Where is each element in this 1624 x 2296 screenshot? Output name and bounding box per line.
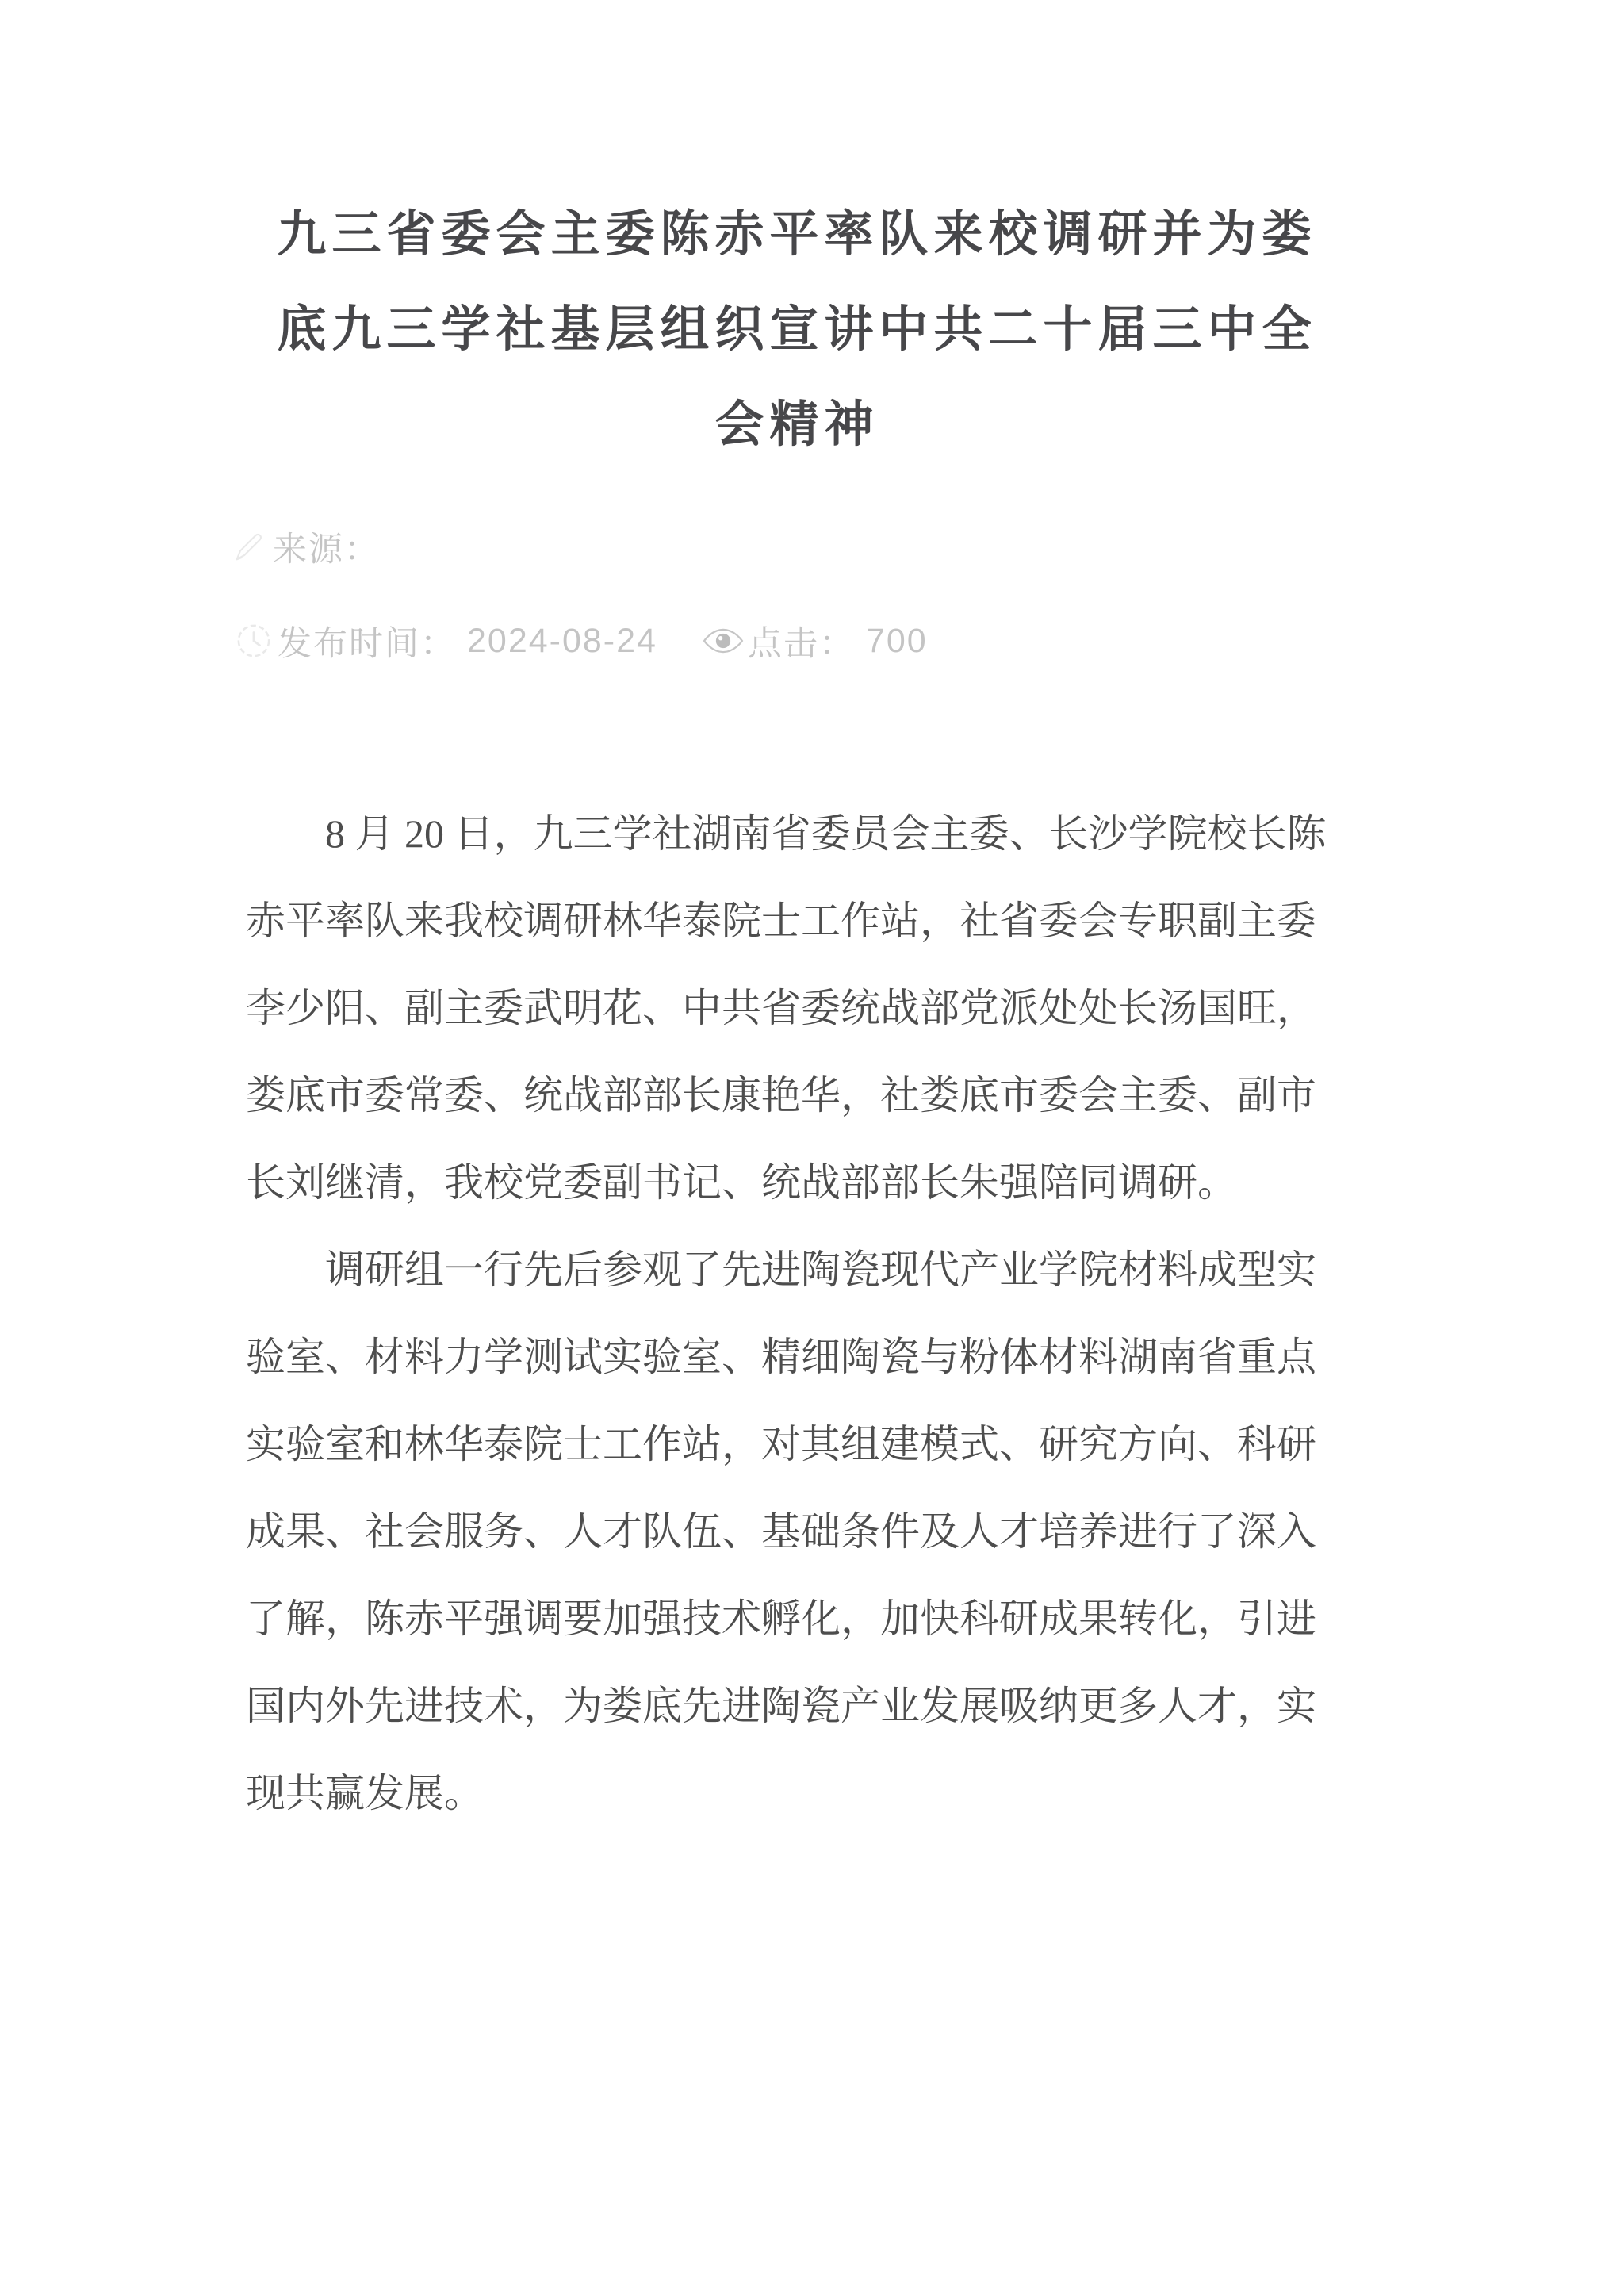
eye-icon [702,623,745,658]
source-label: 来源： [273,523,380,571]
clicks-value: 700 [866,622,928,661]
meta-info-row: 发布时间： 2024-08-24 点击： 700 [232,612,928,669]
publish-time-label: 发布时间： [278,617,456,665]
article-body: 8 月 20 日，九三学社湖南省委员会主委、长沙学院校长陈赤平率队来我校调研林华… [246,790,1350,1837]
clicks-label: 点击： [748,617,855,665]
page-title: 九三省委会主委陈赤平率队来校调研并为娄底九三学社基层组织宣讲中共二十届三中全会精… [262,187,1332,473]
paragraph-1: 8 月 20 日，九三学社湖南省委员会主委、长沙学院校长陈赤平率队来我校调研林华… [246,790,1350,1226]
publish-time-value: 2024-08-24 [467,622,657,661]
paragraph-2: 调研组一行先后参观了先进陶瓷现代产业学院材料成型实验室、材料力学测试实验室、精细… [246,1226,1350,1837]
clock-icon [232,619,276,663]
meta-source-row: 来源： [232,520,380,573]
pen-icon [232,528,268,565]
article-page: 九三省委会主委陈赤平率队来校调研并为娄底九三学社基层组织宣讲中共二十届三中全会精… [0,0,1624,2296]
